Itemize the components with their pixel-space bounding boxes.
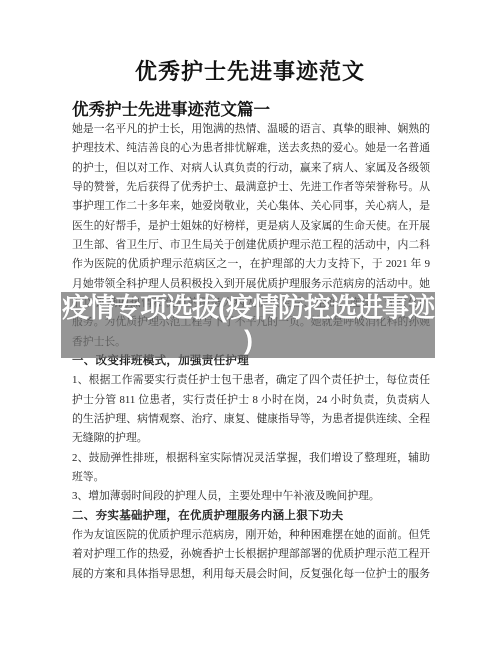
section-heading: 优秀护士先进事迹范文篇一	[72, 96, 270, 120]
text-line: 无缝隙的护理。	[72, 429, 430, 448]
text-line: 着对护理工作的热爱，孙婉香护士长根据护理部部署的优质护理示范工程开	[72, 545, 430, 564]
document-title: 优秀护士先进事迹范文	[0, 55, 500, 86]
text-line: 3、增加薄弱时间段的护理人员，主要处理中午补液及晚间护理。	[72, 487, 430, 506]
text-line: 1、根据工作需要实行责任护士包干患者，确定了四个责任护士，每位责任	[72, 371, 430, 390]
document-page: 优秀护士先进事迹范文 优秀护士先进事迹范文篇一 她是一名平凡的护士长，用饱满的热…	[0, 0, 500, 647]
text-line: 她是一名平凡的护士长，用饱满的热情、温暖的语言、真挚的眼神、娴熟的	[72, 120, 430, 139]
text-line: 作为医院的优质护理示范病区之一，在护理部的大力支持下，于 2021 年 9	[72, 255, 430, 274]
overlay-banner-text-line2: )	[244, 324, 252, 356]
text-line: 事护理工作二十多年来，她爱岗敬业，关心集体、关心同事，关心病人，是	[72, 197, 430, 216]
text-line: 展的方案和具体指导思想，利用每天晨会时间，反复强化每一位护士的服务	[72, 565, 430, 584]
text-line: 作为友谊医院的优质护理示范病房，刚开始，种种困难摆在她的面前。但凭	[72, 526, 430, 545]
text-line: 导的赞誉，先后获得了优秀护士、最满意护士、先进工作者等荣誉称号。从	[72, 178, 430, 197]
overlay-banner: 疫情专项选拔(疫情防控选进事迹 )	[61, 292, 435, 358]
text-line: 医生的好帮手，是护士姐妹的好榜样，更是病人及家属的生命天使。在开展	[72, 217, 430, 236]
text-line: 护理技术、纯洁善良的心为患者排忧解难，送去炙热的爱心。她是一名普通	[72, 139, 430, 158]
overlay-banner-text-line1: 疫情专项选拔(疫情防控选进事迹	[62, 292, 434, 324]
content-heading: 二、夯实基础护理，在优质护理服务内涵上狠下功夫	[72, 507, 430, 526]
text-line: 的生活护理、病情观察、治疗、康复、健康指导等，为患者提供连续、全程	[72, 410, 430, 429]
text-line: 班等。	[72, 468, 430, 487]
text-line: 2、鼓励弹性排班，根据科室实际情况灵活掌握，我们增设了整理班，辅助	[72, 449, 430, 468]
text-line: 护士分管 811 位患者，实行责任护士 8 小时在岗，24 小时负责，负责病人	[72, 391, 430, 410]
text-line: 的护士，但以对工作、对病人认真负责的行动，赢来了病人、家属及各级领	[72, 159, 430, 178]
text-line: 卫生部、省卫生厅、市卫生局关于创建优质护理示范工程的活动中，内二科	[72, 236, 430, 255]
